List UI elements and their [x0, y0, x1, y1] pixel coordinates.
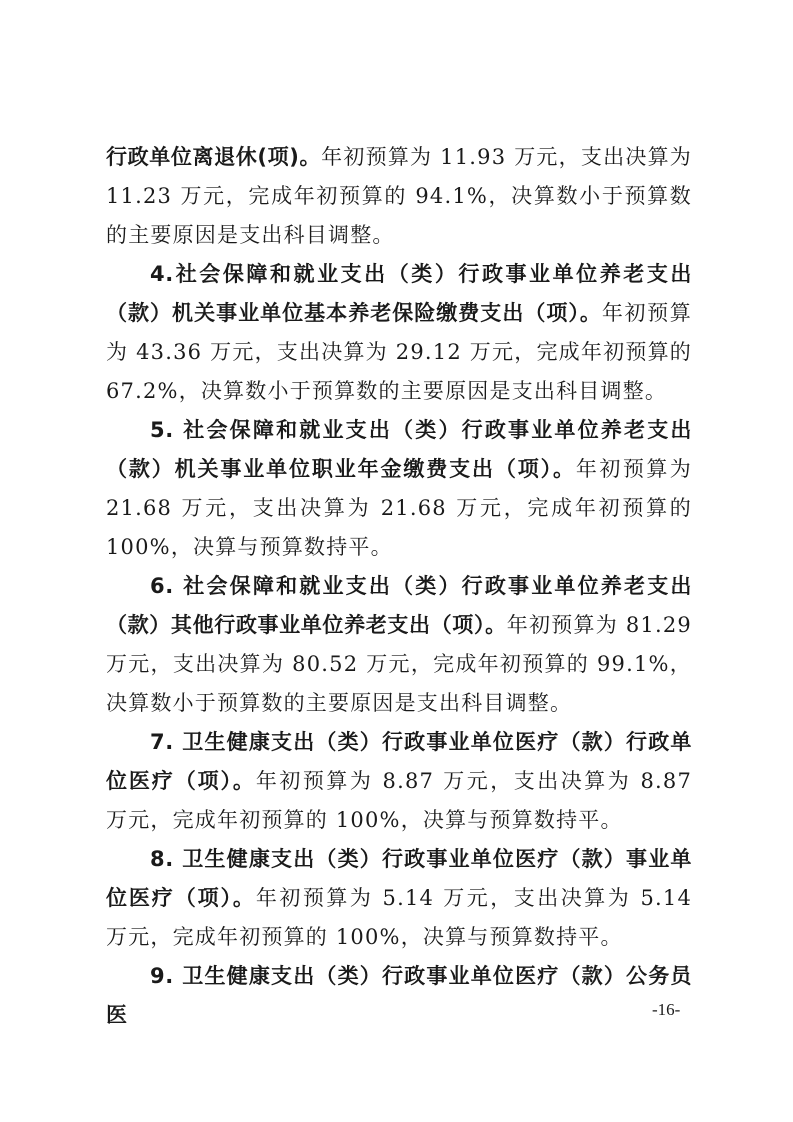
paragraph-item-9: 9. 卫生健康支出（类）行政事业单位医疗（款）公务员医 — [106, 957, 692, 1035]
document-body: 行政单位离退休(项)。年初预算为 11.93 万元，支出决算为 11.23 万元… — [106, 138, 692, 1035]
paragraph-item-5: 5. 社会保障和就业支出（类）行政事业单位养老支出（款）机关事业单位职业年金缴费… — [106, 411, 692, 567]
page-number: -16- — [652, 1000, 680, 1020]
item-heading: 行政单位离退休(项)。 — [106, 145, 321, 169]
paragraph-item-6: 6. 社会保障和就业支出（类）行政事业单位养老支出（款）其他行政事业单位养老支出… — [106, 567, 692, 723]
paragraph-item-7: 7. 卫生健康支出（类）行政事业单位医疗（款）行政单位医疗（项）。年初预算为 8… — [106, 723, 692, 840]
paragraph-item-8: 8. 卫生健康支出（类）行政事业单位医疗（款）事业单位医疗（项）。年初预算为 5… — [106, 840, 692, 957]
paragraph-item-4: 4.社会保障和就业支出（类）行政事业单位养老支出（款）机关事业单位基本养老保险缴… — [106, 255, 692, 411]
paragraph-item-3-continued: 行政单位离退休(项)。年初预算为 11.93 万元，支出决算为 11.23 万元… — [106, 138, 692, 255]
item-heading: 9. 卫生健康支出（类）行政事业单位医疗（款）公务员医 — [106, 964, 692, 1027]
